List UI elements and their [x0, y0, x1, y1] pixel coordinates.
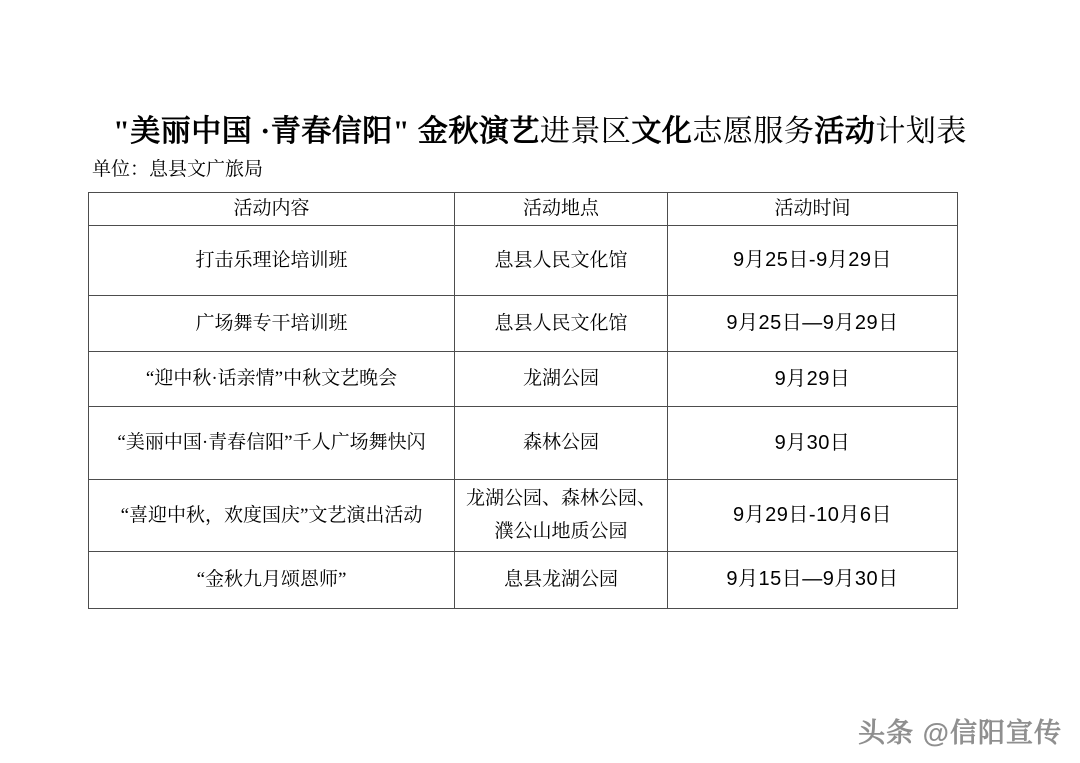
title-segment: "美丽中国 ·青春信阳"	[113, 115, 418, 148]
cell-activity-time: 9月25日—9月29日	[668, 296, 958, 352]
watermark: 头条 @信阳宣传	[858, 711, 1062, 750]
cell-activity-content: “喜迎中秋，欢度国庆”文艺演出活动	[89, 480, 455, 552]
table-row: “喜迎中秋，欢度国庆”文艺演出活动龙湖公园、森林公园、濮公山地质公园9月29日-…	[89, 480, 958, 552]
cell-activity-content: “美丽中国·青春信阳”千人广场舞快闪	[89, 407, 455, 480]
cell-activity-location: 森林公园	[455, 407, 668, 480]
cell-activity-location: 息县人民文化馆	[455, 226, 668, 296]
cell-activity-time: 9月25日-9月29日	[668, 226, 958, 296]
table-row: “美丽中国·青春信阳”千人广场舞快闪森林公园9月30日	[89, 407, 958, 480]
cell-activity-content: “金秋九月颂恩师”	[89, 551, 455, 608]
cell-activity-content: 打击乐理论培训班	[89, 226, 455, 296]
table-row: 广场舞专干培训班息县人民文化馆9月25日—9月29日	[89, 296, 958, 352]
cell-activity-location: 龙湖公园、森林公园、濮公山地质公园	[455, 480, 668, 552]
cell-activity-location: 息县龙湖公园	[455, 551, 668, 608]
title-segment: 金秋演艺	[418, 115, 540, 148]
column-header-time: 活动时间	[668, 193, 958, 226]
title-segment: 计划表	[875, 115, 967, 148]
page-title: "美丽中国 ·青春信阳" 金秋演艺进景区文化志愿服务活动计划表	[0, 106, 1080, 150]
table-row: “金秋九月颂恩师”息县龙湖公园9月15日—9月30日	[89, 551, 958, 608]
table-body: 打击乐理论培训班息县人民文化馆9月25日-9月29日广场舞专干培训班息县人民文化…	[89, 226, 958, 609]
title-segment: 志愿服务	[692, 115, 814, 148]
activity-schedule-table: 活动内容 活动地点 活动时间 打击乐理论培训班息县人民文化馆9月25日-9月29…	[88, 192, 958, 609]
cell-activity-location: 息县人民文化馆	[455, 296, 668, 352]
table-header-row: 活动内容 活动地点 活动时间	[89, 193, 958, 226]
cell-activity-time: 9月15日—9月30日	[668, 551, 958, 608]
title-segment: 活动	[814, 115, 875, 148]
cell-activity-location: 龙湖公园	[455, 352, 668, 407]
cell-activity-content: 广场舞专干培训班	[89, 296, 455, 352]
table-row: 打击乐理论培训班息县人民文化馆9月25日-9月29日	[89, 226, 958, 296]
column-header-content: 活动内容	[89, 193, 455, 226]
document-page: "美丽中国 ·青春信阳" 金秋演艺进景区文化志愿服务活动计划表 单位：息县文广旅…	[0, 0, 1080, 763]
title-segment: 文化	[631, 115, 692, 148]
cell-activity-time: 9月30日	[668, 407, 958, 480]
cell-activity-time: 9月29日-10月6日	[668, 480, 958, 552]
table-row: “迎中秋·话亲情”中秋文艺晚会龙湖公园9月29日	[89, 352, 958, 407]
cell-activity-time: 9月29日	[668, 352, 958, 407]
column-header-location: 活动地点	[455, 193, 668, 226]
unit-label: 单位：息县文广旅局	[92, 158, 263, 182]
title-segment: 进景区	[540, 115, 632, 148]
cell-activity-content: “迎中秋·话亲情”中秋文艺晚会	[89, 352, 455, 407]
